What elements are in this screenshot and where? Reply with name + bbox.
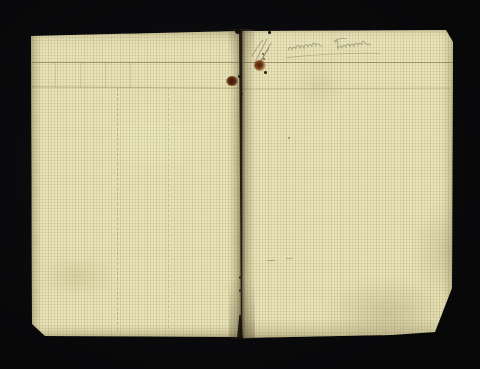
fold-fleck [241,93,243,95]
left-page [30,30,241,338]
fleck [262,53,264,55]
top-edge-notch [235,29,241,34]
pencil-inscription-handwriting [284,33,385,62]
top-edge-notch [371,27,375,30]
fleck [260,63,262,65]
staple-mark [239,289,242,292]
header-cell-tick [105,63,106,87]
right-page [241,29,457,339]
fold-fleck [238,75,241,78]
ink-blot-left [226,76,238,86]
ink-blot-right [254,60,266,71]
left-header-rule-2 [32,86,240,88]
top-edge-notch [110,31,114,34]
header-cell-tick [130,63,131,87]
left-page-aging-tint [30,30,241,338]
left-header-rule-1 [32,62,239,63]
pencil-dash [267,260,275,261]
fleck [288,137,290,139]
top-edge-notch [268,31,271,34]
scanned-document-spread [0,0,480,369]
column-divider-dashed [117,88,118,330]
pencil-dash [286,258,293,259]
staple-mark [239,276,242,279]
right-header-rule-2 [242,88,451,90]
column-divider-dashed-faint [168,88,169,328]
header-cell-tick [55,63,56,87]
header-cell-tick [80,63,81,87]
right-page-aging-tint [241,29,457,339]
fleck [264,71,267,74]
fleck [263,58,265,60]
